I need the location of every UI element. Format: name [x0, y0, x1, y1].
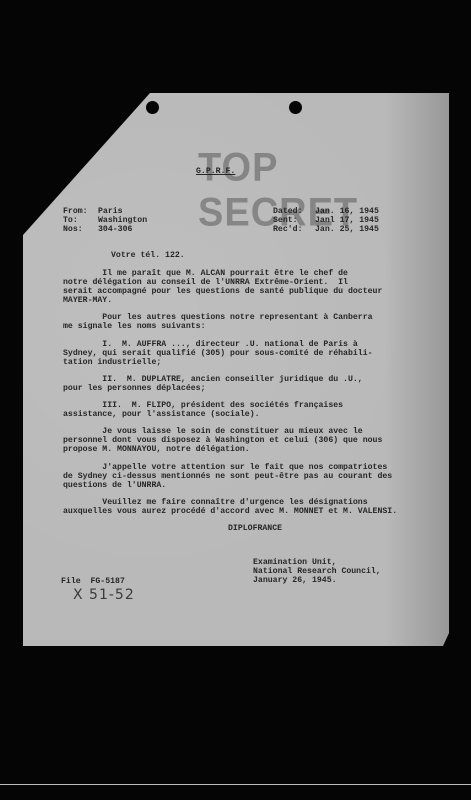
- handwritten-annotation: X 51-52: [73, 587, 135, 603]
- punch-hole-icon: [289, 101, 302, 114]
- punch-hole-icon: [146, 101, 159, 114]
- document-page: TOP SECRET G.P.R.F. From: Paris To: Wash…: [23, 93, 449, 646]
- sent-value: Janl 17, 1945: [315, 216, 379, 225]
- from-value: Paris: [98, 207, 123, 216]
- signature: DIPLOFRANCE: [228, 524, 282, 533]
- sent-label: Sent:: [273, 216, 298, 225]
- document-heading: G.P.R.F.: [196, 167, 235, 176]
- nos-label: Nos:: [63, 225, 83, 234]
- to-label: To:: [63, 216, 78, 225]
- reference-line: Votre tél. 122.: [111, 251, 185, 260]
- footer-line: National Research Council,: [253, 567, 381, 576]
- scan-edge-line: [0, 784, 471, 785]
- recd-value: Jan. 25, 1945: [315, 225, 379, 234]
- dated-label: Dated:: [273, 207, 302, 216]
- nos-value: 304-306: [98, 225, 132, 234]
- recd-label: Rec'd:: [273, 225, 302, 234]
- to-value: Washington: [98, 216, 147, 225]
- from-label: From:: [63, 207, 88, 216]
- footer-line: January 26, 1945.: [253, 576, 337, 585]
- footer-line: Examination Unit,: [253, 558, 337, 567]
- dated-value: Jan. 16, 1945: [315, 207, 379, 216]
- file-reference: File FG-5187: [61, 577, 125, 586]
